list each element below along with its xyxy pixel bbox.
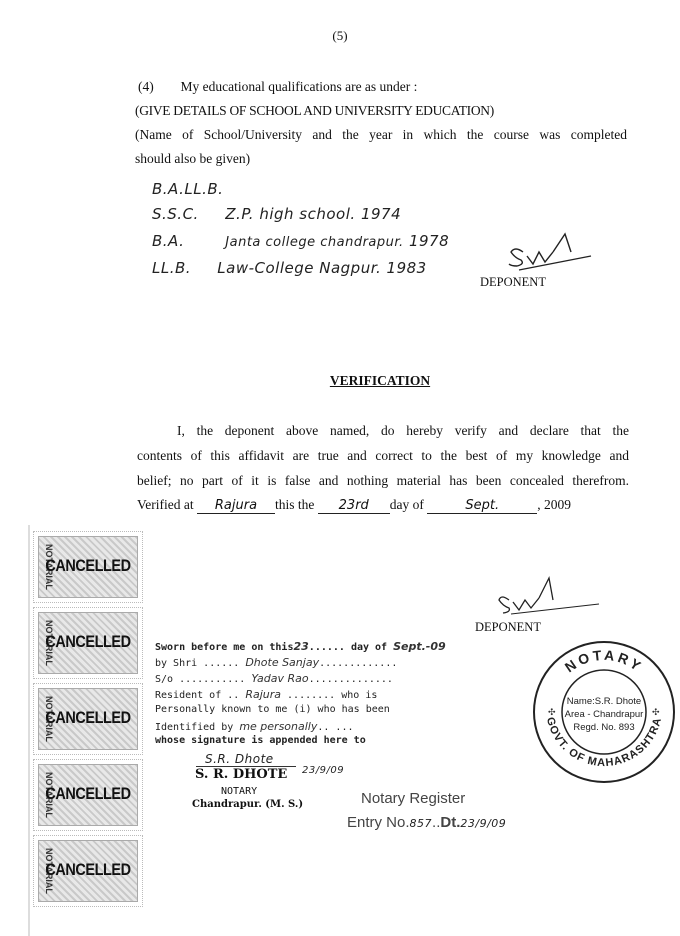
- verification-para-line2: contents of this affidavit are true and …: [137, 448, 629, 464]
- svg-text:✣: ✣: [548, 707, 556, 717]
- edu-degree: LL.B.: [152, 259, 212, 277]
- edu-year: 1974: [361, 205, 401, 223]
- entry-date: 23/9/09: [460, 817, 506, 830]
- edu-institution: Z.P. high school.: [225, 205, 355, 223]
- svg-text:Area - Chandrapur: Area - Chandrapur: [565, 709, 644, 720]
- edu-institution: Janta college chandrapur.: [225, 235, 403, 250]
- deponent-name: Dhote Sanjay: [245, 656, 319, 669]
- sworn-month: Sept.-09: [393, 640, 446, 653]
- sworn-line: Sworn before me on this23...... day of S…: [155, 640, 446, 653]
- edu-degree: B.A.LL.B.: [152, 180, 223, 198]
- personally-known-line: Personally known to me (i) who has been: [155, 704, 390, 715]
- notarial-stamp: NOTARIALCANCELLED: [33, 607, 143, 679]
- notarial-stamp: NOTARIALCANCELLED: [33, 531, 143, 603]
- signature-appended-line: whose signature is appended here to: [155, 735, 366, 746]
- resident-line: Resident of .. Rajura ........ who is: [155, 688, 377, 701]
- svg-text:NOTARY: NOTARY: [562, 647, 646, 676]
- instruction-2-line1: (Name of School/University and the year …: [135, 127, 627, 143]
- svg-text:✣: ✣: [652, 707, 660, 717]
- day-of-label: day of: [390, 497, 424, 512]
- deponent-label-1: DEPONENT: [480, 275, 546, 290]
- edu-entry: B.A. Janta college chandrapur. 1978: [152, 232, 449, 250]
- stamp-edge: [28, 525, 30, 936]
- resident-place: Rajura: [245, 688, 281, 701]
- edu-year: 1983: [387, 259, 427, 277]
- deponent-signature-2: [495, 574, 605, 619]
- section-number: (4): [138, 79, 154, 94]
- notarial-stamp: NOTARIALCANCELLED: [33, 759, 143, 831]
- verification-para-line3: belief; no part of it is false and nothi…: [137, 473, 629, 489]
- verified-day-field: 23rd: [318, 499, 390, 514]
- notary-place: Chandrapur. (M. S.): [192, 799, 303, 810]
- verified-at-row: Verified at Rajurathis the 23rdday of Se…: [137, 497, 571, 514]
- notary-title: NOTARY: [221, 786, 257, 797]
- page-number: (5): [0, 28, 680, 44]
- svg-text:Name:S.R. Dhote: Name:S.R. Dhote: [567, 696, 641, 707]
- notarial-stamp: NOTARIALCANCELLED: [33, 683, 143, 755]
- svg-text:Regd. No. 893: Regd. No. 893: [573, 722, 634, 733]
- notary-signature: S.R. Dhote: [205, 752, 274, 766]
- register-title: Notary Register: [361, 790, 465, 807]
- section-heading: My educational qualifications are as und…: [181, 79, 418, 94]
- verified-place-field: Rajura: [197, 499, 275, 514]
- entry-number: 857: [410, 817, 433, 830]
- identified-line: Identified by me personally.. ...: [155, 720, 354, 733]
- edu-degree: B.A.: [152, 232, 220, 250]
- edu-entry: LL.B. Law-College Nagpur. 1983: [152, 259, 427, 277]
- deponent-label-2: DEPONENT: [475, 620, 541, 635]
- notarial-stamp: NOTARIALCANCELLED: [33, 835, 143, 907]
- edu-entry: B.A.LL.B.: [152, 180, 223, 198]
- instruction-2-line2: should also be given): [135, 151, 250, 167]
- edu-entry: S.S.C. Z.P. high school. 1974: [152, 205, 401, 223]
- edu-year: 1978: [409, 232, 449, 250]
- edu-institution: Law-College Nagpur.: [217, 259, 381, 277]
- deponent-signature-1: [505, 222, 595, 277]
- register-entry: Entry No.857..Dt.23/9/09: [347, 814, 506, 831]
- this-the-label: this the: [275, 497, 314, 512]
- section4-heading-row: (4) My educational qualifications are as…: [138, 79, 417, 95]
- verified-year: , 2009: [537, 497, 571, 512]
- identified-by: me personally: [239, 720, 317, 733]
- so-line: S/o ........... Yadav Rao..............: [155, 672, 393, 685]
- edu-degree: S.S.C.: [152, 205, 220, 223]
- father-name: Yadav Rao: [251, 672, 308, 685]
- notary-name: S. R. DHOTE: [195, 767, 287, 782]
- notary-date: 23/9/09: [302, 765, 344, 776]
- verified-month-field: Sept.: [427, 499, 537, 514]
- verified-at-label: Verified at: [137, 497, 194, 512]
- instruction-1: (GIVE DETAILS OF SCHOOL AND UNIVERSITY E…: [135, 103, 494, 119]
- by-shri-line: by Shri ...... Dhote Sanjay.............: [155, 656, 397, 669]
- verification-title: VERIFICATION: [0, 373, 680, 389]
- notary-seal: NOTARY GOVT. OF MAHARASHTRA Name:S.R. Dh…: [530, 638, 678, 786]
- sworn-day: 23: [293, 640, 308, 653]
- verification-para-line1: I, the deponent above named, do hereby v…: [177, 423, 629, 439]
